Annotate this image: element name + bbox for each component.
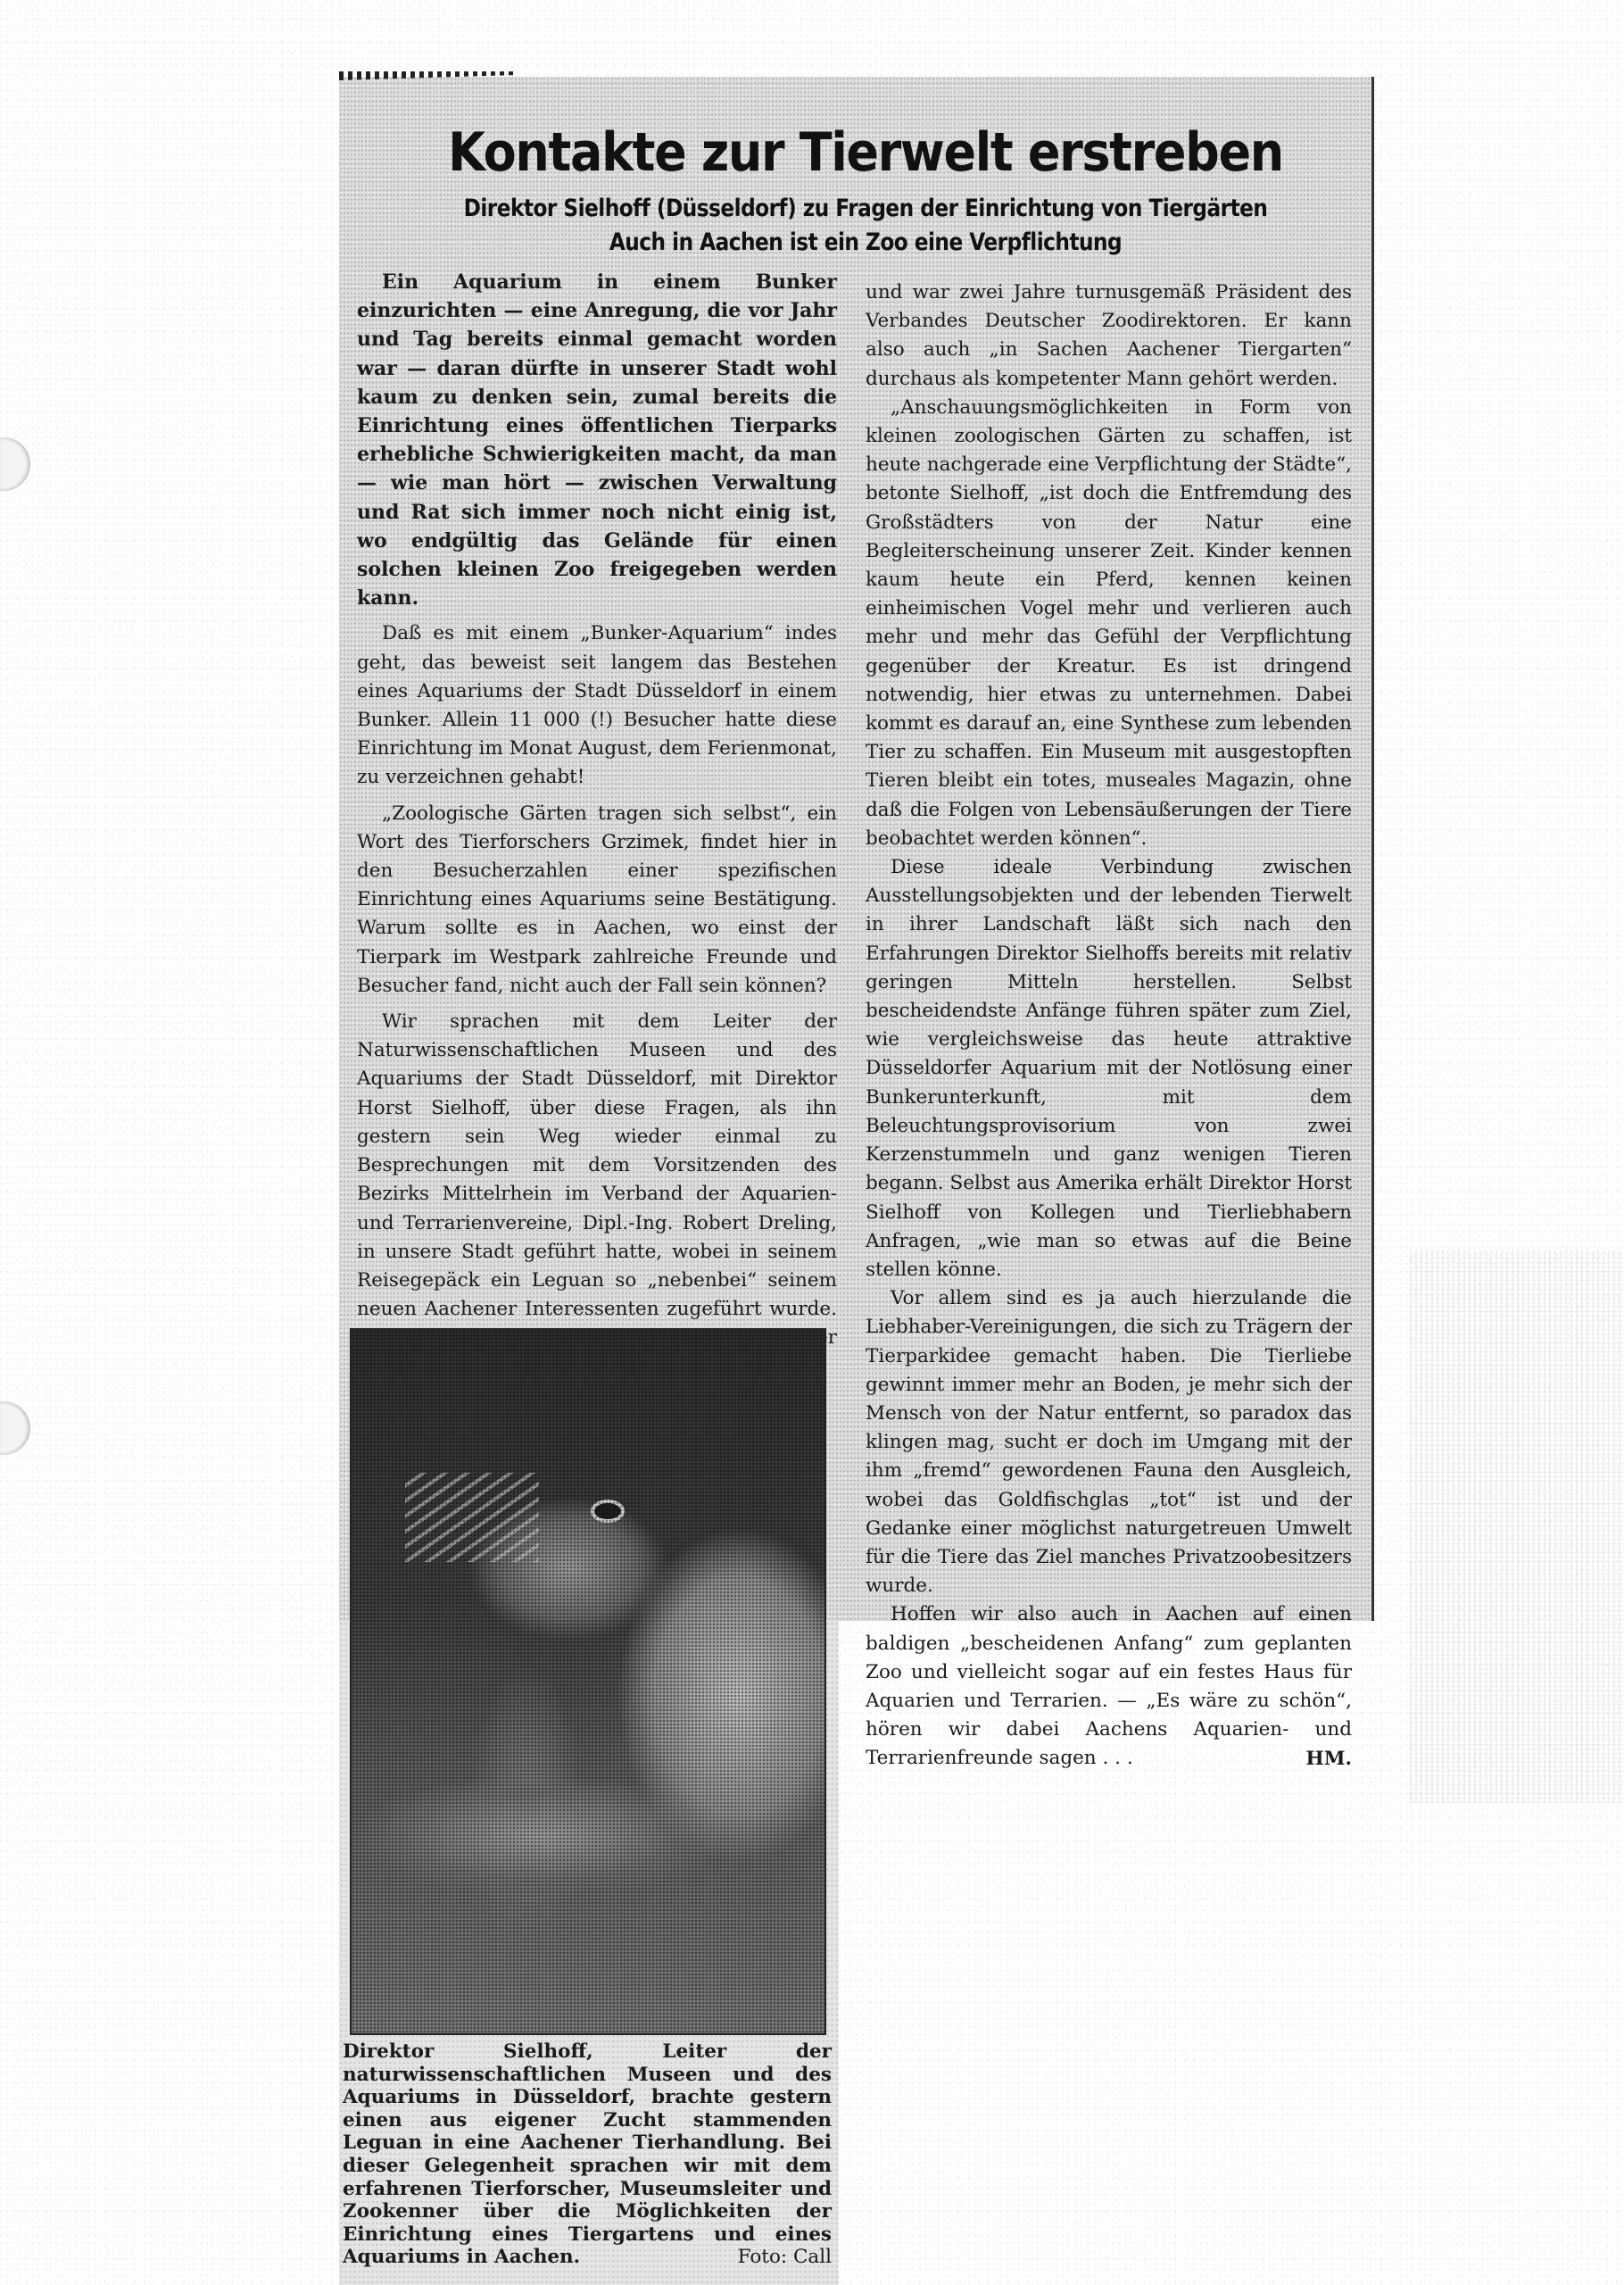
article-photo xyxy=(350,1328,826,2035)
headline: Kontakte zur Tierwelt erstreben xyxy=(424,121,1307,184)
article-column-left: Ein Aquarium in einem Bunker einzurichte… xyxy=(357,268,837,1389)
caption-text: Direktor Sielhoff, Leiter der naturwisse… xyxy=(343,2040,832,2268)
paragraph: Ein Aquarium in einem Bunker einzurichte… xyxy=(357,268,837,612)
article-column-right: und war zwei Jahre turnusgemäß Präsident… xyxy=(866,278,1352,1774)
paragraph: und war zwei Jahre turnusgemäß Präsident… xyxy=(866,278,1352,394)
paragraph: Wir sprachen mit dem Leiter der Naturwis… xyxy=(357,1008,837,1382)
paragraph: „Zoologische Gärten tragen sich selbst“,… xyxy=(357,800,837,1001)
iguana-spines-detail xyxy=(405,1473,539,1562)
iguana-eye-detail xyxy=(591,1500,625,1523)
subheadline: Direktor Sielhoff (Düsseldorf) zu Fragen… xyxy=(443,195,1288,222)
paragraph: „Anschauungsmöglichkeiten in Form von kl… xyxy=(866,394,1352,853)
paragraph: Diese ideale Verbindung zwischen Ausstel… xyxy=(866,853,1352,1284)
subheadline: Auch in Aachen ist ein Zoo eine Verpflic… xyxy=(443,228,1288,256)
paragraph: Daß es mit einem „Bunker-Aquarium“ indes… xyxy=(357,619,837,792)
paragraph: Vor allem sind es ja auch hierzulande di… xyxy=(866,1284,1352,1600)
photo-credit: Foto: Call xyxy=(738,2246,832,2269)
scan-smudge xyxy=(1410,1250,1624,1803)
photo-caption: Direktor Sielhoff, Leiter der naturwisse… xyxy=(343,2040,832,2269)
